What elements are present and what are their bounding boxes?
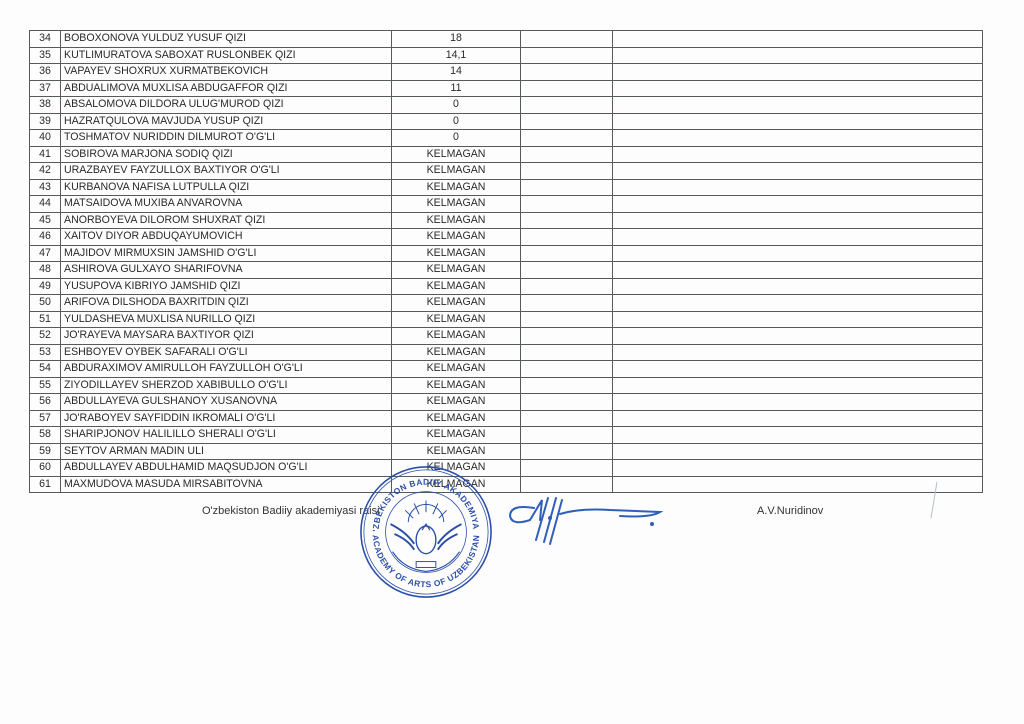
row-number: 47 [30, 245, 61, 262]
empty-cell [521, 64, 613, 81]
empty-cell [521, 179, 613, 196]
empty-cell [521, 278, 613, 295]
notes-cell [613, 394, 983, 411]
stray-pen-mark-icon [925, 480, 945, 520]
notes-cell [613, 377, 983, 394]
student-name: MAJIDOV MIRMUXSIN JAMSHID O'G'LI [61, 245, 392, 262]
table-row: 50ARIFOVA DILSHODA BAXRITDIN QIZIKELMAGA… [30, 295, 983, 312]
notes-cell [613, 410, 983, 427]
empty-cell [521, 394, 613, 411]
table-row: 54ABDURAXIMOV AMIRULLOH FAYZULLOH O'G'LI… [30, 361, 983, 378]
table-row: 58SHARIPJONOV HALILILLO SHERALI O'G'LIKE… [30, 427, 983, 444]
student-name: ANORBOYEVA DILOROM SHUXRAT QIZI [61, 212, 392, 229]
notes-cell [613, 97, 983, 114]
empty-cell [521, 443, 613, 460]
student-name: ABDUALIMOVA MUXLISA ABDUGAFFOR QIZI [61, 80, 392, 97]
document-page: 34BOBOXONOVA YULDUZ YUSUF QIZI1835KUTLIM… [0, 0, 1024, 724]
score-cell: KELMAGAN [392, 377, 521, 394]
notes-cell [613, 31, 983, 48]
row-number: 46 [30, 229, 61, 246]
row-number: 39 [30, 113, 61, 130]
score-cell: KELMAGAN [392, 311, 521, 328]
signatory-name: A.V.Nuridinov [757, 505, 823, 517]
score-cell: KELMAGAN [392, 361, 521, 378]
table-row: 43KURBANOVA NAFISA LUTPULLA QIZIKELMAGAN [30, 179, 983, 196]
score-cell: KELMAGAN [392, 212, 521, 229]
row-number: 59 [30, 443, 61, 460]
table-row: 52JO'RAYEVA MAYSARA BAXTIYOR QIZIKELMAGA… [30, 328, 983, 345]
table-row: 53ESHBOYEV OYBEK SAFARALI O'G'LIKELMAGAN [30, 344, 983, 361]
signature-icon [500, 490, 680, 570]
table-row: 39HAZRATQULOVA MAVJUDA YUSUP QIZI0 [30, 113, 983, 130]
row-number: 54 [30, 361, 61, 378]
score-cell: 11 [392, 80, 521, 97]
student-name: URAZBAYEV FAYZULLOX BAXTIYOR O'G'LI [61, 163, 392, 180]
empty-cell [521, 377, 613, 394]
score-cell: KELMAGAN [392, 427, 521, 444]
notes-cell [613, 47, 983, 64]
row-number: 60 [30, 460, 61, 477]
student-name: ABDULLAYEVA GULSHANOY XUSANOVNA [61, 394, 392, 411]
score-cell: KELMAGAN [392, 394, 521, 411]
table-row: 48ASHIROVA GULXAYO SHARIFOVNAKELMAGAN [30, 262, 983, 279]
row-number: 44 [30, 196, 61, 213]
empty-cell [521, 113, 613, 130]
table-row: 59SEYTOV ARMAN MADIN ULIKELMAGAN [30, 443, 983, 460]
row-number: 36 [30, 64, 61, 81]
row-number: 40 [30, 130, 61, 147]
student-name: ZIYODILLAYEV SHERZOD XABIBULLO O'G'LI [61, 377, 392, 394]
row-number: 51 [30, 311, 61, 328]
row-number: 43 [30, 179, 61, 196]
student-name: YULDASHEVA MUXLISA NURILLO QIZI [61, 311, 392, 328]
table-row: 42URAZBAYEV FAYZULLOX BAXTIYOR O'G'LIKEL… [30, 163, 983, 180]
score-cell: KELMAGAN [392, 443, 521, 460]
student-name: ASHIROVA GULXAYO SHARIFOVNA [61, 262, 392, 279]
empty-cell [521, 460, 613, 477]
student-name: KURBANOVA NAFISA LUTPULLA QIZI [61, 179, 392, 196]
row-number: 38 [30, 97, 61, 114]
row-number: 56 [30, 394, 61, 411]
student-name: MAXMUDOVA MASUDA MIRSABITOVNA [61, 476, 392, 493]
row-number: 48 [30, 262, 61, 279]
empty-cell [521, 97, 613, 114]
student-name: KUTLIMURATOVA SABOXAT RUSLONBEK QIZI [61, 47, 392, 64]
notes-cell [613, 262, 983, 279]
table-row: 60ABDULLAYEV ABDULHAMID MAQSUDJON O'G'LI… [30, 460, 983, 477]
table-row: 45ANORBOYEVA DILOROM SHUXRAT QIZIKELMAGA… [30, 212, 983, 229]
row-number: 61 [30, 476, 61, 493]
results-table: 34BOBOXONOVA YULDUZ YUSUF QIZI1835KUTLIM… [29, 30, 983, 493]
empty-cell [521, 163, 613, 180]
empty-cell [521, 344, 613, 361]
notes-cell [613, 460, 983, 477]
empty-cell [521, 311, 613, 328]
score-cell: KELMAGAN [392, 262, 521, 279]
table-row: 49YUSUPOVA KIBRIYO JAMSHID QIZIKELMAGAN [30, 278, 983, 295]
student-name: HAZRATQULOVA MAVJUDA YUSUP QIZI [61, 113, 392, 130]
row-number: 55 [30, 377, 61, 394]
empty-cell [521, 47, 613, 64]
row-number: 45 [30, 212, 61, 229]
empty-cell [521, 80, 613, 97]
notes-cell [613, 163, 983, 180]
notes-cell [613, 245, 983, 262]
score-cell: 0 [392, 113, 521, 130]
score-cell: KELMAGAN [392, 344, 521, 361]
student-name: VAPAYEV SHOXRUX XURMATBEKOVICH [61, 64, 392, 81]
notes-cell [613, 361, 983, 378]
student-name: MATSAIDOVA MUXIBA ANVAROVNA [61, 196, 392, 213]
row-number: 49 [30, 278, 61, 295]
student-name: SEYTOV ARMAN MADIN ULI [61, 443, 392, 460]
student-name: TOSHMATOV NURIDDIN DILMUROT O'G'LI [61, 130, 392, 147]
student-name: ABSALOMOVA DILDORA ULUG'MUROD QIZI [61, 97, 392, 114]
notes-cell [613, 295, 983, 312]
row-number: 42 [30, 163, 61, 180]
notes-cell [613, 196, 983, 213]
svg-text:O'ZBEKISTON BADIIY AKADEMIYASI: O'ZBEKISTON BADIIY AKADEMIYASI [357, 463, 481, 532]
score-cell: KELMAGAN [392, 179, 521, 196]
table-row: 36VAPAYEV SHOXRUX XURMATBEKOVICH14 [30, 64, 983, 81]
empty-cell [521, 361, 613, 378]
student-name: YUSUPOVA KIBRIYO JAMSHID QIZI [61, 278, 392, 295]
empty-cell [521, 229, 613, 246]
table-row: 55ZIYODILLAYEV SHERZOD XABIBULLO O'G'LIK… [30, 377, 983, 394]
score-cell: KELMAGAN [392, 295, 521, 312]
notes-cell [613, 427, 983, 444]
notes-cell [613, 64, 983, 81]
table-row: 44MATSAIDOVA MUXIBA ANVAROVNAKELMAGAN [30, 196, 983, 213]
empty-cell [521, 130, 613, 147]
notes-cell [613, 344, 983, 361]
notes-cell [613, 443, 983, 460]
empty-cell [521, 427, 613, 444]
score-cell: KELMAGAN [392, 163, 521, 180]
row-number: 53 [30, 344, 61, 361]
row-number: 41 [30, 146, 61, 163]
table-row: 38ABSALOMOVA DILDORA ULUG'MUROD QIZI0 [30, 97, 983, 114]
score-cell: KELMAGAN [392, 278, 521, 295]
score-cell: KELMAGAN [392, 328, 521, 345]
row-number: 34 [30, 31, 61, 48]
score-cell: KELMAGAN [392, 245, 521, 262]
empty-cell [521, 328, 613, 345]
empty-cell [521, 31, 613, 48]
empty-cell [521, 245, 613, 262]
student-name: SOBIROVA MARJONA SODIQ QIZI [61, 146, 392, 163]
official-stamp-icon: O'ZBEKISTON BADIIY AKADEMIYASI ACADEMY O… [357, 463, 495, 601]
row-number: 37 [30, 80, 61, 97]
empty-cell [521, 295, 613, 312]
score-cell: KELMAGAN [392, 229, 521, 246]
score-cell: 0 [392, 97, 521, 114]
score-cell: 14,1 [392, 47, 521, 64]
student-name: ABDULLAYEV ABDULHAMID MAQSUDJON O'G'LI [61, 460, 392, 477]
student-name: XAITOV DIYOR ABDUQAYUMOVICH [61, 229, 392, 246]
score-cell: 18 [392, 31, 521, 48]
empty-cell [521, 410, 613, 427]
student-name: SHARIPJONOV HALILILLO SHERALI O'G'LI [61, 427, 392, 444]
score-cell: KELMAGAN [392, 146, 521, 163]
table-row: 57JO'RABOYEV SAYFIDDIN IKROMALI O'G'LIKE… [30, 410, 983, 427]
empty-cell [521, 262, 613, 279]
notes-cell [613, 229, 983, 246]
notes-cell [613, 130, 983, 147]
score-cell: KELMAGAN [392, 410, 521, 427]
score-cell: 14 [392, 64, 521, 81]
notes-cell [613, 80, 983, 97]
row-number: 35 [30, 47, 61, 64]
notes-cell [613, 278, 983, 295]
student-name: ARIFOVA DILSHODA BAXRITDIN QIZI [61, 295, 392, 312]
student-name: ESHBOYEV OYBEK SAFARALI O'G'LI [61, 344, 392, 361]
row-number: 50 [30, 295, 61, 312]
notes-cell [613, 328, 983, 345]
notes-cell [613, 311, 983, 328]
score-cell: KELMAGAN [392, 196, 521, 213]
student-name: JO'RAYEVA MAYSARA BAXTIYOR QIZI [61, 328, 392, 345]
empty-cell [521, 212, 613, 229]
signatory-title: O'zbekiston Badiiy akademiyasi raisi [202, 505, 380, 517]
table-row: 51YULDASHEVA MUXLISA NURILLO QIZIKELMAGA… [30, 311, 983, 328]
row-number: 57 [30, 410, 61, 427]
student-name: BOBOXONOVA YULDUZ YUSUF QIZI [61, 31, 392, 48]
row-number: 58 [30, 427, 61, 444]
row-number: 52 [30, 328, 61, 345]
notes-cell [613, 179, 983, 196]
student-name: ABDURAXIMOV AMIRULLOH FAYZULLOH O'G'LI [61, 361, 392, 378]
empty-cell [521, 146, 613, 163]
table-row: 41SOBIROVA MARJONA SODIQ QIZIKELMAGAN [30, 146, 983, 163]
notes-cell [613, 146, 983, 163]
score-cell: 0 [392, 130, 521, 147]
notes-cell [613, 212, 983, 229]
results-table-body: 34BOBOXONOVA YULDUZ YUSUF QIZI1835KUTLIM… [30, 31, 983, 493]
table-row: 40TOSHMATOV NURIDDIN DILMUROT O'G'LI0 [30, 130, 983, 147]
student-name: JO'RABOYEV SAYFIDDIN IKROMALI O'G'LI [61, 410, 392, 427]
table-row: 56ABDULLAYEVA GULSHANOY XUSANOVNAKELMAGA… [30, 394, 983, 411]
table-row: 46XAITOV DIYOR ABDUQAYUMOVICHKELMAGAN [30, 229, 983, 246]
table-row: 35KUTLIMURATOVA SABOXAT RUSLONBEK QIZI14… [30, 47, 983, 64]
table-row: 37ABDUALIMOVA MUXLISA ABDUGAFFOR QIZI11 [30, 80, 983, 97]
empty-cell [521, 196, 613, 213]
table-row: 34BOBOXONOVA YULDUZ YUSUF QIZI18 [30, 31, 983, 48]
table-row: 47MAJIDOV MIRMUXSIN JAMSHID O'G'LIKELMAG… [30, 245, 983, 262]
notes-cell [613, 113, 983, 130]
